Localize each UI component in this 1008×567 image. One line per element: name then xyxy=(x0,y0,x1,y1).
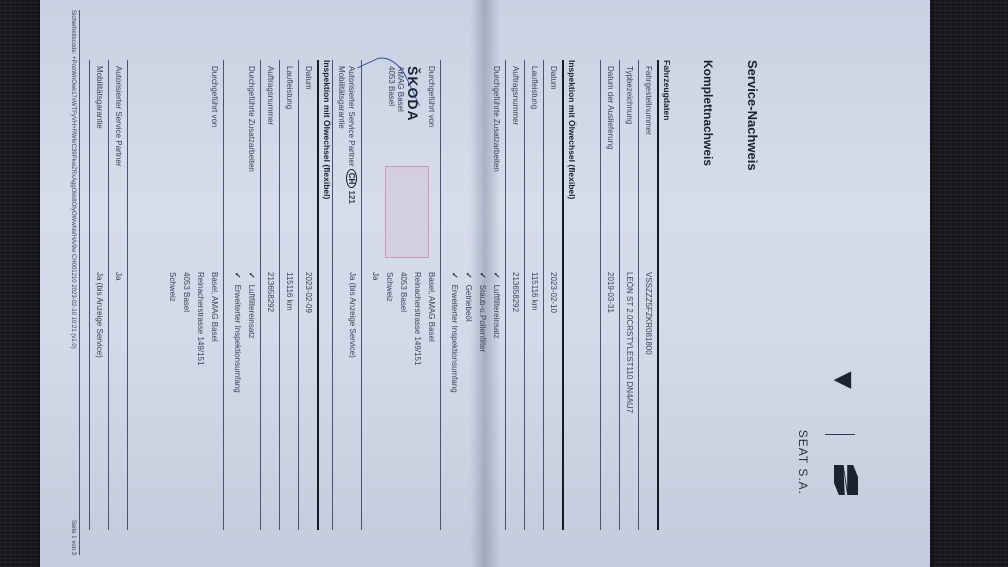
table-row: Autorisierter Service Partner Ja xyxy=(108,60,127,530)
table-row: Typbezeichnung LEÓN ST 2.0CRSTYLEST110 D… xyxy=(619,60,638,530)
row-value: 115116 km xyxy=(526,272,543,530)
table-row: Durchgeführte Zusatzarbeiten Luftfiltere… xyxy=(440,60,505,530)
row-label: Laufleistung xyxy=(526,60,543,272)
row-value: 2019-03-31 xyxy=(602,272,619,530)
row-value: 213658292 xyxy=(262,272,279,530)
row-label: Auftragsnummer xyxy=(507,60,524,272)
brand-logos: ▼ SEAT S.A. xyxy=(780,335,860,535)
address-line: Schweiz xyxy=(385,272,394,530)
row-label: Datum xyxy=(300,60,317,272)
row-label: Durchgeführte Zusatzarbeiten xyxy=(243,60,260,272)
red-stamp xyxy=(385,166,429,258)
company-name: SEAT S.A. xyxy=(796,430,810,495)
table-row: Mobilitätsgarantie Ja (bis Anzeige Servi… xyxy=(89,60,108,530)
extra-work-item: Erweiterter Inspektionsumfang xyxy=(450,272,459,530)
row-label: Auftragsnummer xyxy=(262,60,279,272)
inspection-section-2: Inspektion mit Ölwechsel (flexibel) Datu… xyxy=(89,60,335,530)
table-row: Auftragsnummer 213658292 xyxy=(505,60,524,530)
row-label: Typbezeichnung xyxy=(621,60,638,272)
extra-work-item: Getriebeöl xyxy=(464,272,473,530)
section-heading: Fahrzeugdaten xyxy=(657,60,675,530)
table-row: Durchgeführte Zusatzarbeiten Luftfiltere… xyxy=(223,60,260,530)
section-heading: Inspektion mit Ölwechsel (flexibel) xyxy=(562,60,580,530)
performed-by-address: Basel, AMAG Basel Reinacherstrasse 149/1… xyxy=(159,272,223,530)
cupra-logo-icon: ▼ xyxy=(826,365,860,395)
performed-by-cell: Durchgeführt von ŠKODA AMAG Basel 4053 B… xyxy=(383,60,440,272)
page-number: Seite 1 von 3 xyxy=(70,520,76,555)
address-line: Basel, AMAG Basel xyxy=(427,272,436,530)
address-line: Reinacherstrasse 149/151 xyxy=(413,272,422,530)
extra-work-item: Luftfiltereinsatz xyxy=(492,272,501,530)
extra-work-list: Luftfiltereinsatz Erweiterter Inspektion… xyxy=(224,272,260,530)
row-label: Datum der Auslieferung xyxy=(602,60,619,272)
table-row: Datum 2023-02-09 xyxy=(298,60,317,530)
authorized-value: Ja xyxy=(371,272,380,530)
row-value: LEÓN ST 2.0CRSTYLEST110 DN4AU7 xyxy=(621,272,638,530)
address-line: Basel, AMAG Basel xyxy=(210,272,219,530)
table-row: Auftragsnummer 213658292 xyxy=(260,60,279,530)
table-row: Laufleistung 115116 km xyxy=(279,60,298,530)
table-row: Autorisierter Service Partner CH 121 Mob… xyxy=(332,60,361,530)
table-row: Datum 2023-02-10 xyxy=(543,60,562,530)
section-heading: Inspektion mit Ölwechsel (flexibel) xyxy=(317,60,335,530)
security-code: Sicherheitscode: +PooWnOwk17xWTFyVH+RW6/… xyxy=(70,10,76,349)
row-label: Datum xyxy=(545,60,562,272)
extra-work-item: Luftfiltereinsatz xyxy=(247,272,256,530)
stamp-code: 121 xyxy=(347,191,356,204)
inspection-section-1: Inspektion mit Ölwechsel (flexibel) Datu… xyxy=(332,60,580,530)
table-row: Durchgeführt von Basel, AMAG Basel Reina… xyxy=(127,60,223,530)
extra-work-item: Erweiterter Inspektionsumfang xyxy=(233,272,242,530)
performed-by-address: Basel, AMAG Basel Reinacherstrasse 149/1… xyxy=(362,272,440,530)
row-label: Fahrgestellnummer xyxy=(640,60,657,272)
address-line: 4053 Basel xyxy=(182,272,191,530)
table-row: Fahrgestellnummer VSSZZZ5FZKR081800 xyxy=(638,60,657,530)
table-row: Laufleistung 115116 km xyxy=(524,60,543,530)
document-footer: Sicherheitscode: +PooWnOwk17xWTFyVH+RW6/… xyxy=(70,10,80,555)
authorized-label-cell: Autorisierter Service Partner CH 121 Mob… xyxy=(333,60,361,272)
table-row: Datum der Auslieferung 2019-03-31 xyxy=(600,60,619,530)
row-value: 115116 km xyxy=(281,272,298,530)
row-label: Laufleistung xyxy=(281,60,298,272)
document-title: Service-Nachweis xyxy=(745,60,760,171)
row-value: 213658292 xyxy=(507,272,524,530)
mobility-value: Ja (bis Anzeige Service) xyxy=(344,272,361,530)
row-label: Mobilitätsgarantie xyxy=(91,60,108,272)
dealer-stamp: ŠKODA AMAG Basel 4053 Basel xyxy=(387,66,421,266)
document-header: ▼ SEAT S.A. xyxy=(770,0,930,567)
row-value: VSSZZZ5FZKR081800 xyxy=(640,272,657,530)
row-value: Ja (bis Anzeige Service) xyxy=(91,272,108,530)
extra-work-list: Luftfiltereinsatz Staub-u.Pollenfilter G… xyxy=(441,272,505,530)
logo-divider xyxy=(825,434,855,435)
authorized-label: Autorisierter Service Partner xyxy=(347,66,356,166)
address-line: 4053 Basel xyxy=(399,272,408,530)
vehicle-data-section: Fahrzeugdaten Fahrgestellnummer VSSZZZ5F… xyxy=(600,60,675,530)
address-line: Reinacherstrasse 149/151 xyxy=(196,272,205,530)
seat-logo-icon xyxy=(834,465,858,495)
row-label: Durchgeführte Zusatzarbeiten xyxy=(488,60,505,272)
mobility-label: Mobilitätsgarantie xyxy=(337,66,346,129)
row-label: Durchgeführt von xyxy=(427,66,436,127)
row-value: Ja xyxy=(110,272,127,530)
service-record-sheet: ▼ SEAT S.A. Service-Nachweis Komplettnac… xyxy=(40,0,930,567)
row-value: 2023-02-10 xyxy=(545,272,562,530)
document-photo: ▼ SEAT S.A. Service-Nachweis Komplettnac… xyxy=(40,0,930,567)
row-value: 2023-02-09 xyxy=(300,272,317,530)
row-label: Autorisierter Service Partner xyxy=(110,60,127,272)
document-subtitle: Komplettnachweis xyxy=(701,60,715,166)
country-badge: CH xyxy=(346,169,357,189)
address-line: Schweiz xyxy=(168,272,177,530)
extra-work-item: Staub-u.Pollenfilter xyxy=(478,272,487,530)
row-label: Durchgeführt von xyxy=(206,60,223,272)
table-row: Durchgeführt von ŠKODA AMAG Basel 4053 B… xyxy=(361,60,440,530)
